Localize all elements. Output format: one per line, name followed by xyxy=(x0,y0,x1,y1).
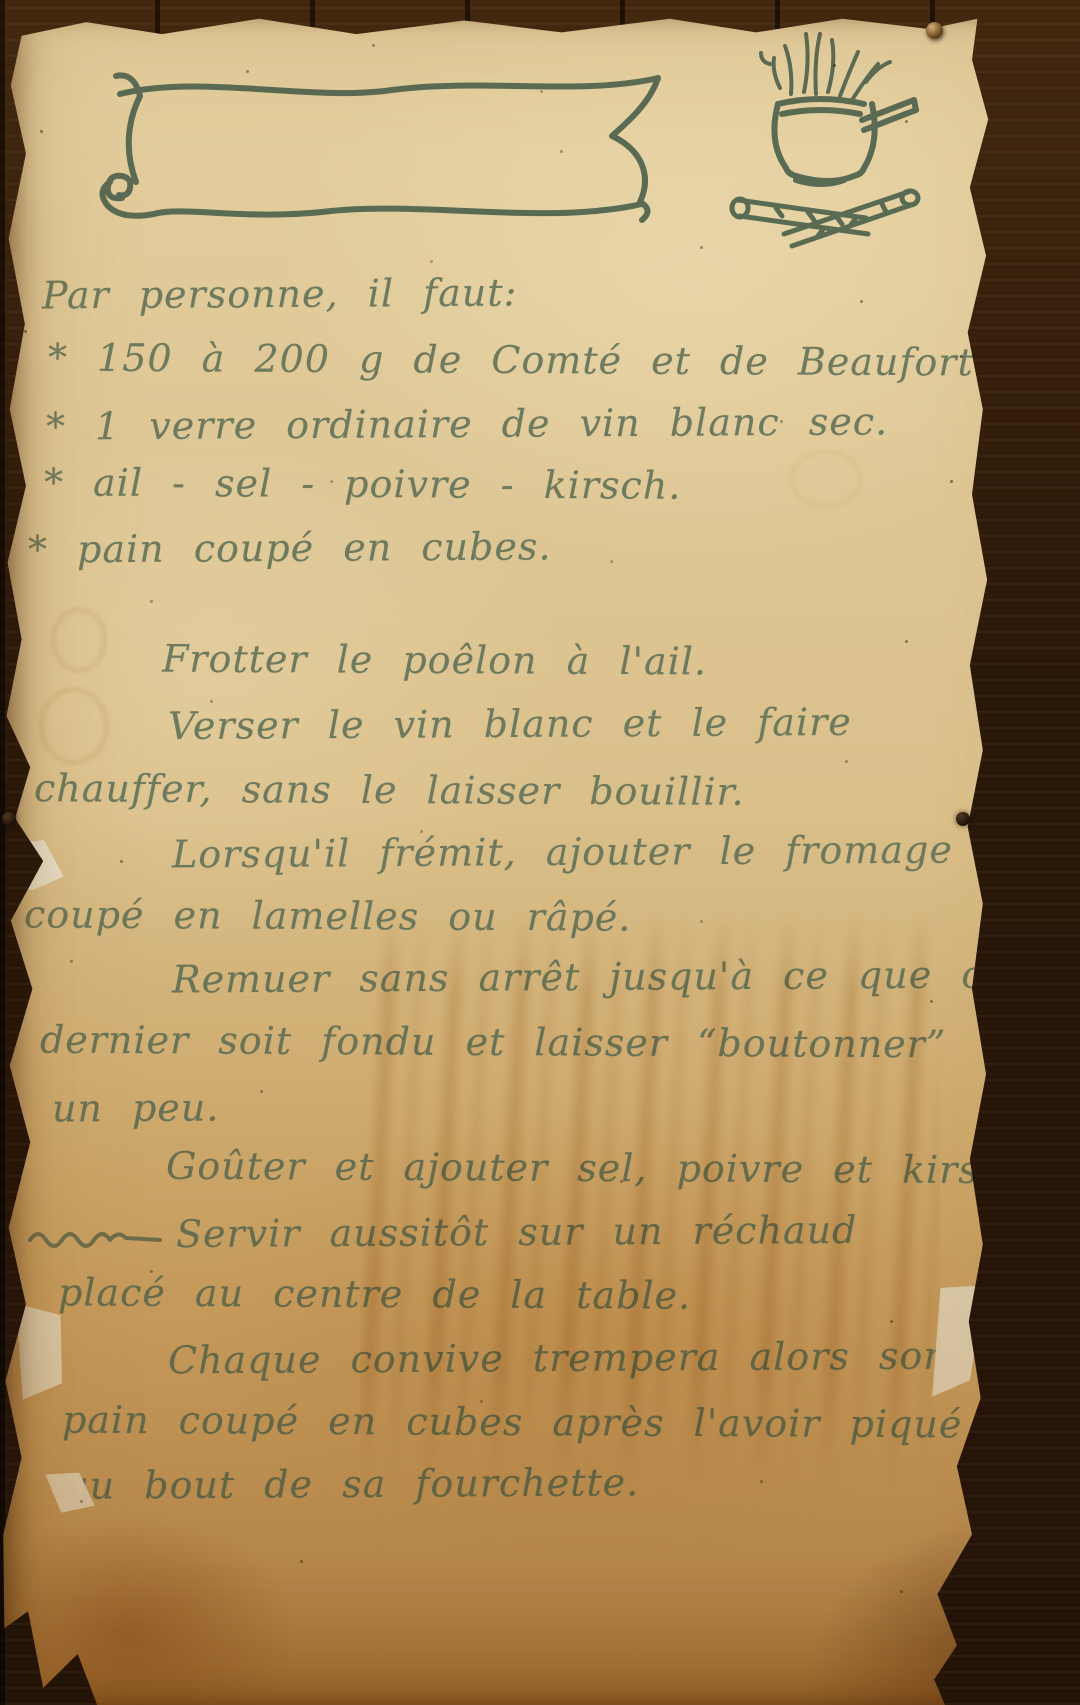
photo-of-recipe-sign: Par personne, il faut: * 150 à 200 g de … xyxy=(0,0,1080,1705)
water-ring xyxy=(790,450,862,508)
recipe-line: Frotter le poêlon à l'ail. xyxy=(162,637,707,685)
recipe-line: Goûter et ajouter sel, poivre et kirsch. xyxy=(166,1144,1040,1194)
log-fire xyxy=(732,191,918,246)
recipe-line: Lorsqu'il frémit, ajouter le fromage xyxy=(172,828,953,878)
recipe-line: pain coupé en cubes après l'avoir piqué xyxy=(62,1398,963,1448)
squiggle-mark xyxy=(26,1226,166,1250)
recipe-line: chauffer, sans le laisser bouillir. xyxy=(34,766,745,815)
recipe-line: * 150 à 200 g de Comté et de Beaufort. xyxy=(48,336,987,387)
fondue-pot-icon xyxy=(716,22,926,252)
recipe-line: coupé en lamelles ou râpé. xyxy=(24,892,632,941)
recipe-line: un peu. xyxy=(52,1085,220,1132)
stain-wash xyxy=(0,818,1080,1705)
recipe-line: Servir aussitôt sur un réchaud xyxy=(176,1208,858,1258)
steam-lines xyxy=(761,34,890,100)
recipe-line: Par personne, il faut: xyxy=(42,271,518,319)
nail-head xyxy=(926,22,943,39)
parchment: Par personne, il faut: * 150 à 200 g de … xyxy=(0,0,1080,1705)
recipe-line: * pain coupé en cubes. xyxy=(28,524,552,573)
recipe-line: Verser le vin blanc et le faire xyxy=(168,700,852,750)
water-ring xyxy=(40,688,108,764)
ink-specks xyxy=(0,0,3,3)
nail-head xyxy=(956,812,970,826)
recipe-line: au bout de sa fourchette. xyxy=(66,1460,640,1509)
recipe-line: Remuer sans arrêt jusqu'à ce que ce xyxy=(172,952,1007,1003)
torn-edge xyxy=(0,829,72,899)
recipe-line: * 1 verre ordinaire de vin blanc sec. xyxy=(46,399,888,450)
nail-head xyxy=(2,812,16,826)
recipe-line: dernier soit fondu et laisser “boutonner… xyxy=(40,1018,947,1068)
recipe-line: placé au centre de la table. xyxy=(58,1270,691,1319)
scroll-outline xyxy=(102,75,658,220)
recipe-line: * ail - sel - poivre - kirsch. xyxy=(44,460,682,509)
recipe-line: Chaque convive trempera alors son xyxy=(168,1334,949,1384)
pot-outline xyxy=(774,99,916,184)
title-banner-scroll xyxy=(62,48,692,238)
water-ring xyxy=(52,608,106,672)
